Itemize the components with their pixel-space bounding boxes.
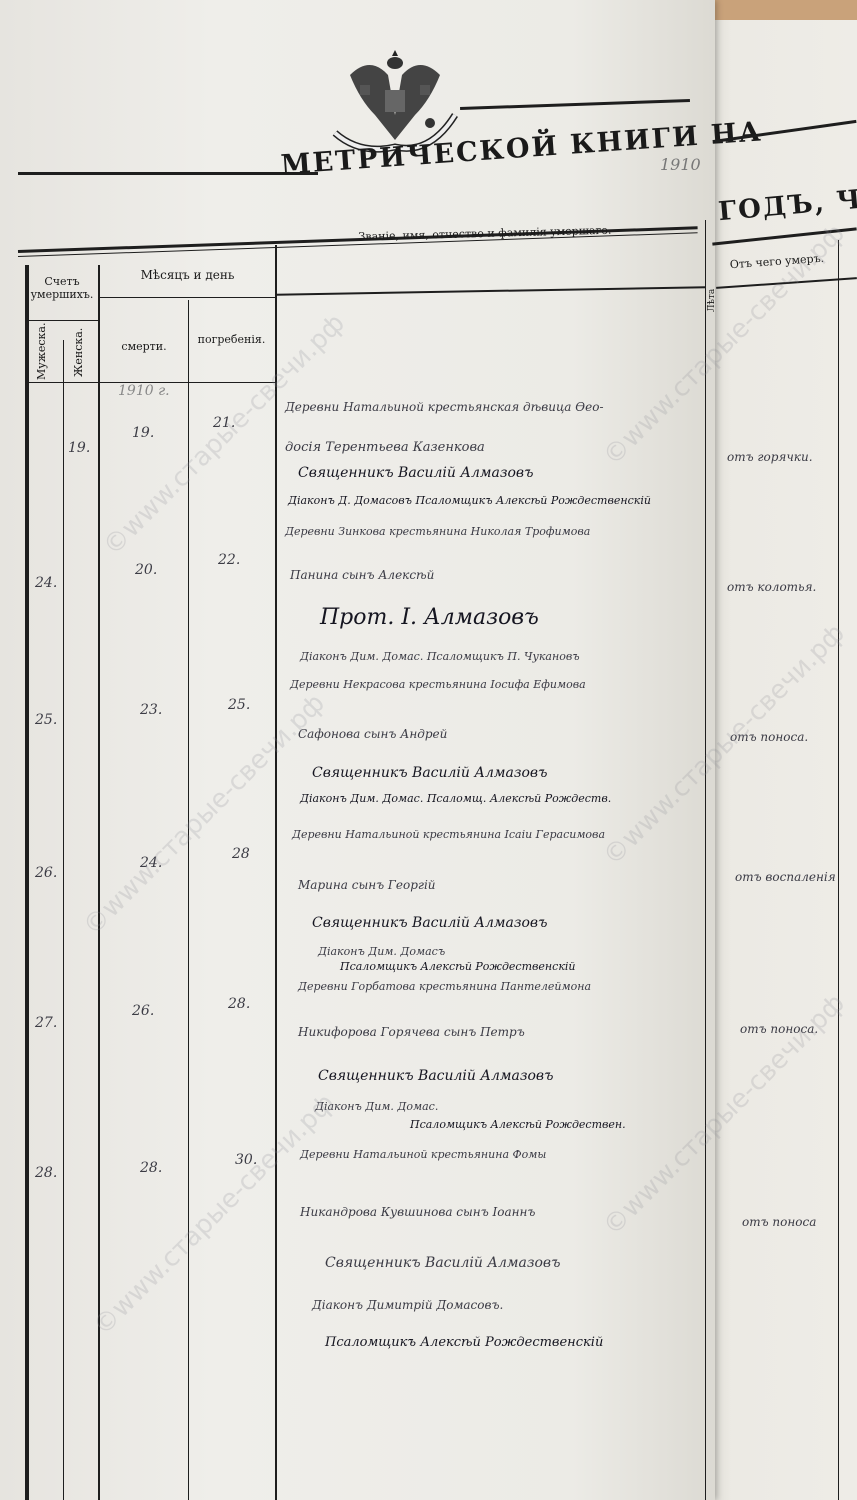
age-header: Лѣта [707,265,718,335]
entry-text-line: Никандрова Кувшинова сынъ Іоаннъ [300,1205,535,1219]
entry-text-line: Сафонова сынъ Андрей [298,727,447,741]
column-rule [188,300,189,1500]
signature: Діаконъ Д. Домасовъ Псаломщикъ Алексѣй Р… [288,494,651,507]
burial-day: 22. [218,552,240,568]
column-rule [705,220,706,1500]
burial-day: 28 [232,846,250,862]
header-rule [18,172,318,175]
entry-text-line: Деревни Натальиной крестьянская дѣвица Ө… [285,400,604,414]
entry-text-line: Марина сынъ Георгій [298,878,436,892]
signature: Священникъ Василій Алмазовъ [318,1068,553,1084]
entry-text-line: Деревни Натальиной крестьянина Ісаіи Гер… [292,828,605,841]
male-count: 27. [35,1015,57,1031]
header-rule [100,297,275,298]
column-rule [275,245,277,1500]
signature: Діаконъ Дим. Домас. [315,1100,438,1113]
signature: Діаконъ Дим. Домас. Псаломщикъ П. Чукано… [300,650,580,663]
death-header: смерти. [100,340,188,353]
count-header: Счетъ умершихъ. [27,275,97,301]
entry-text-line: Деревни Натальиной крестьянина Фомы [300,1148,546,1161]
death-day: 19. [132,425,154,441]
burial-header: погребенія. [188,333,275,346]
signature: Священникъ Василій Алмазовъ [312,765,547,781]
signature: Псаломщикъ Алексѣй Рождественскій [325,1335,603,1350]
death-day: 26. [132,1003,154,1019]
signature: Священникъ Василій Алмазовъ [298,465,533,481]
header-rule [25,320,100,321]
margin-note: 1910 г. [118,383,170,399]
male-header: Мужеска. [35,325,48,380]
female-header: Женска. [72,325,85,380]
death-day: 20. [135,562,157,578]
column-rule [838,240,839,1500]
cause-of-death: отъ поноса. [730,730,808,744]
cause-of-death: отъ воспаленія [735,870,836,884]
signature: Псаломщикъ Алексѣй Рождественскій [340,960,576,973]
death-day: 23. [140,702,162,718]
burial-day: 30. [235,1152,257,1168]
column-rule [98,265,100,1500]
signature: Діаконъ Димитрій Домасовъ. [312,1298,503,1312]
burial-day: 25. [228,697,250,713]
entry-text-line: Деревни Зинкова крестьянина Николая Троф… [285,525,590,538]
entry-text-line: Деревни Некрасова крестьянина Іосифа Ефи… [290,678,586,691]
male-count: 26. [35,865,57,881]
entry-text-line: Никифорова Горячева сынъ Петръ [298,1025,525,1039]
cause-of-death: отъ поноса [742,1215,816,1229]
entry-text-line: досія Терентьева Казенкова [285,440,485,455]
month-day-header: Мѣсяцъ и день [100,268,275,282]
signature: Діаконъ Дим. Домас. Псаломщ. Алексѣй Рож… [300,792,611,805]
signature: Діаконъ Дим. Домасъ [318,945,445,958]
cause-of-death: отъ горячки. [727,450,813,464]
signature: Священникъ Василій Алмазовъ [312,915,547,931]
death-day: 24. [140,855,162,871]
signature: Прот. І. Алмазовъ [320,605,539,630]
column-rule [63,340,64,1500]
burial-day: 21. [213,415,235,431]
cause-of-death: отъ колотья. [727,580,816,594]
signature: Священникъ Василій Алмазовъ [325,1255,560,1271]
male-count: 28. [35,1165,57,1181]
male-count: 25. [35,712,57,728]
column-rule [25,265,29,1500]
entry-text-line: Панина сынъ Алексѣй [290,568,434,582]
cause-of-death: отъ поноса. [740,1022,818,1036]
handwritten-year: 1910 [660,155,701,174]
death-day: 28. [140,1160,162,1176]
entry-text-line: Деревни Горбатова крестьянина Пантелеймо… [298,980,591,993]
female-count: 19. [68,440,90,456]
male-count: 24. [35,575,57,591]
burial-day: 28. [228,996,250,1012]
signature: Псаломщикъ Алексѣй Рождествен. [410,1118,626,1131]
